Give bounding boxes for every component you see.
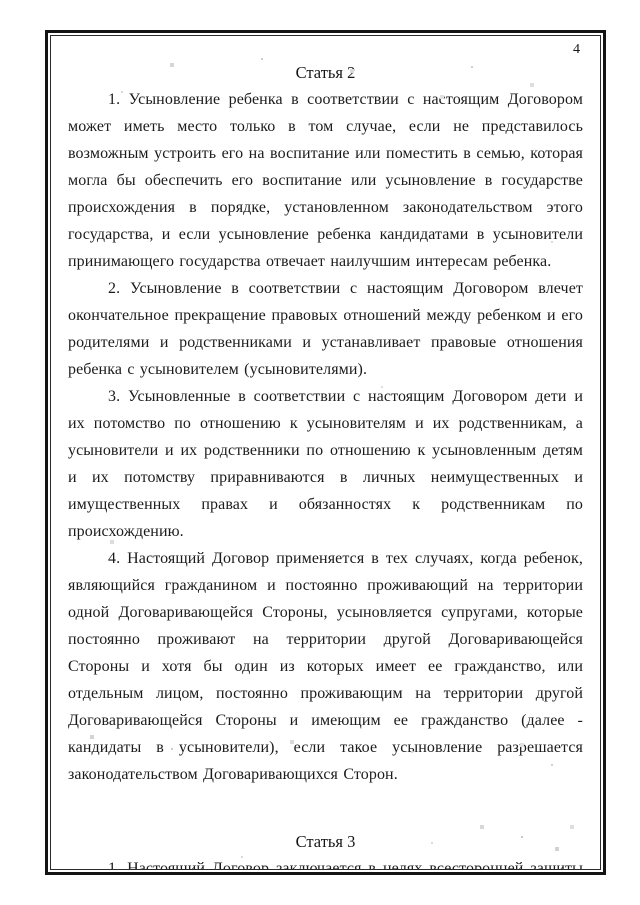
article-2-paragraph-2: 2. Усыновление в соответствии с настоящи… [68, 275, 583, 383]
article-2-heading: Статья 2 [68, 59, 583, 86]
page-number: 4 [68, 41, 583, 59]
article-2-paragraph-4: 4. Настоящий Договор применяется в тех с… [68, 545, 583, 788]
article-3-paragraph-1: 1. Настоящий Договор заключается в целях… [68, 855, 583, 869]
scan-noise [51, 36, 53, 38]
page-border-frame: 4 Статья 2 1. Усыновление ребенка в соот… [50, 35, 601, 870]
article-2-paragraph-3: 3. Усыновленные в соответствии с настоящ… [68, 383, 583, 545]
page-content: 4 Статья 2 1. Усыновление ребенка в соот… [51, 36, 600, 869]
article-2-paragraph-1: 1. Усыновление ребенка в соответствии с … [68, 86, 583, 275]
scanned-document-page: 4 Статья 2 1. Усыновление ребенка в соот… [0, 0, 640, 905]
article-3-heading: Статья 3 [68, 828, 583, 855]
